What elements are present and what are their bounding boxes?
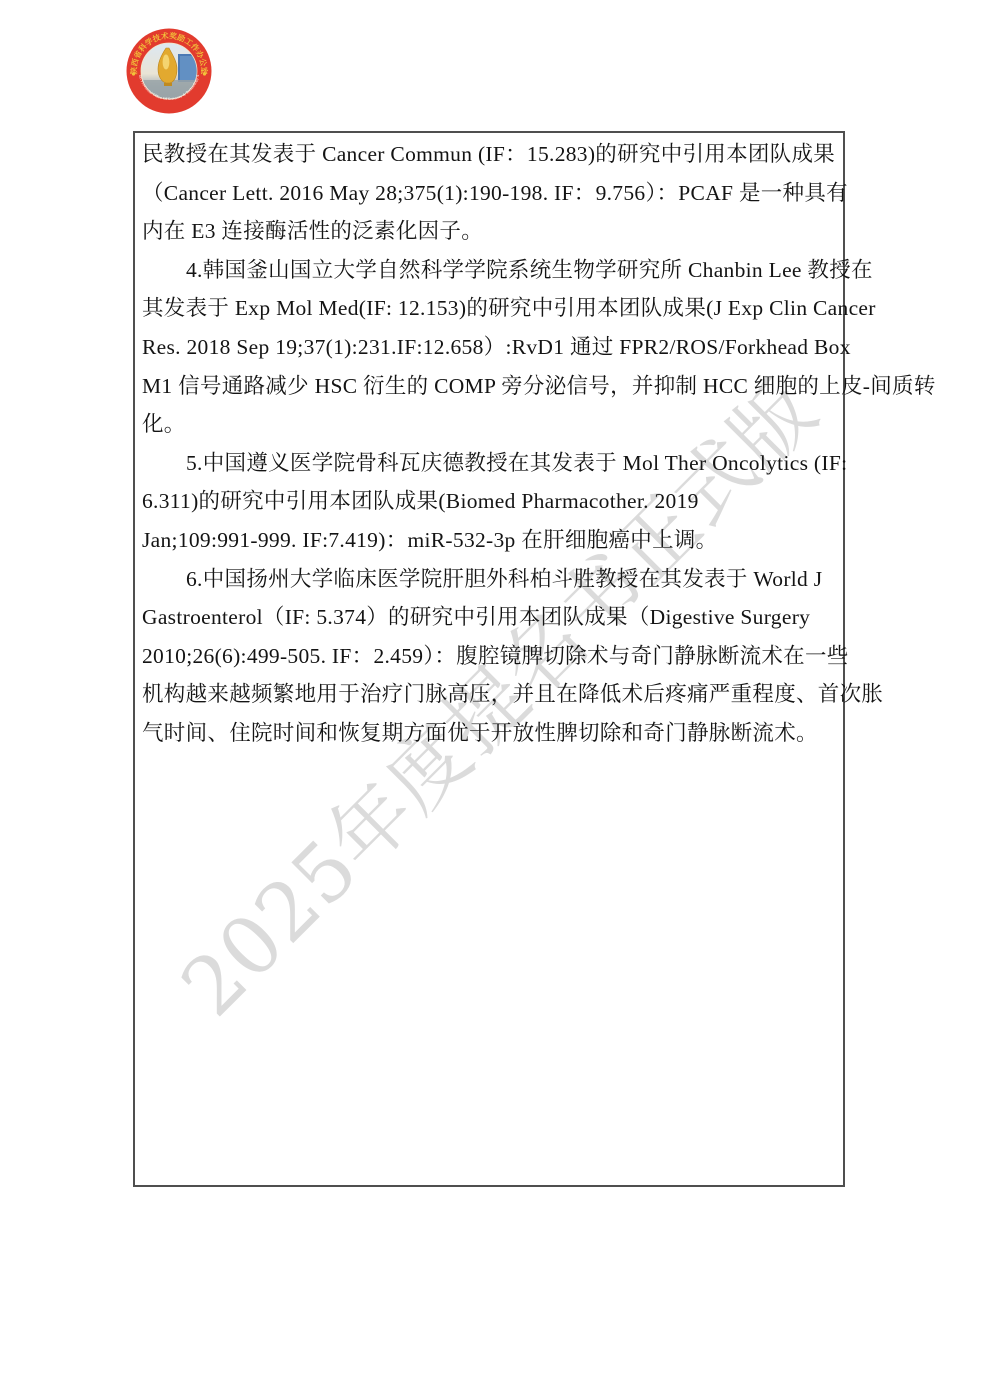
- text-line: 民教授在其发表于 Cancer Commun (IF：15.283)的研究中引用…: [142, 135, 839, 174]
- award-office-seal-icon: 陕西省科学技术奖励工作办公室 Shaanxi Provincial Office…: [126, 28, 212, 114]
- seal-right-star-icon: [203, 72, 206, 75]
- document-page: 陕西省科学技术奖励工作办公室 Shaanxi Provincial Office…: [0, 0, 990, 1399]
- text-line: 6.311)的研究中引用本团队成果(Biomed Pharmacother. 2…: [142, 482, 839, 521]
- seal-left-star-icon: [132, 72, 135, 75]
- text-line: Jan;109:991-999. IF:7.419)：miR-532-3p 在肝…: [142, 521, 839, 560]
- text-line: 5.中国遵义医学院骨科瓦庆德教授在其发表于 Mol Ther Oncolytic…: [142, 444, 839, 483]
- text-line: 内在 E3 连接酶活性的泛素化因子。: [142, 212, 839, 251]
- text-line: 6.中国扬州大学临床医学院肝胆外科柏斗胜教授在其发表于 World J: [142, 560, 839, 599]
- text-line: 其发表于 Exp Mol Med(IF: 12.153)的研究中引用本团队成果(…: [142, 289, 839, 328]
- text-line: M1 信号通路减少 HSC 衍生的 COMP 旁分泌信号，并抑制 HCC 细胞的…: [142, 367, 839, 406]
- content-border-box: 民教授在其发表于 Cancer Commun (IF：15.283)的研究中引用…: [133, 131, 845, 1187]
- text-line: Gastroenterol（IF: 5.374）的研究中引用本团队成果（Dige…: [142, 598, 839, 637]
- text-line: Res. 2018 Sep 19;37(1):231.IF:12.658）:Rv…: [142, 328, 839, 367]
- document-lines: 民教授在其发表于 Cancer Commun (IF：15.283)的研究中引用…: [142, 135, 839, 753]
- text-line: 化。: [142, 405, 839, 444]
- text-line: 4.韩国釜山国立大学自然科学学院系统生物学研究所 Chanbin Lee 教授在: [142, 251, 839, 290]
- text-line: （Cancer Lett. 2016 May 28;375(1):190-198…: [142, 174, 839, 213]
- text-line: 机构越来越频繁地用于治疗门脉高压，并且在降低术后疼痛严重程度、首次胀: [142, 675, 839, 714]
- text-line: 气时间、住院时间和恢复期方面优于开放性脾切除和奇门静脉断流术。: [142, 714, 839, 753]
- text-line: 2010;26(6):499-505. IF：2.459）：腹腔镜脾切除术与奇门…: [142, 637, 839, 676]
